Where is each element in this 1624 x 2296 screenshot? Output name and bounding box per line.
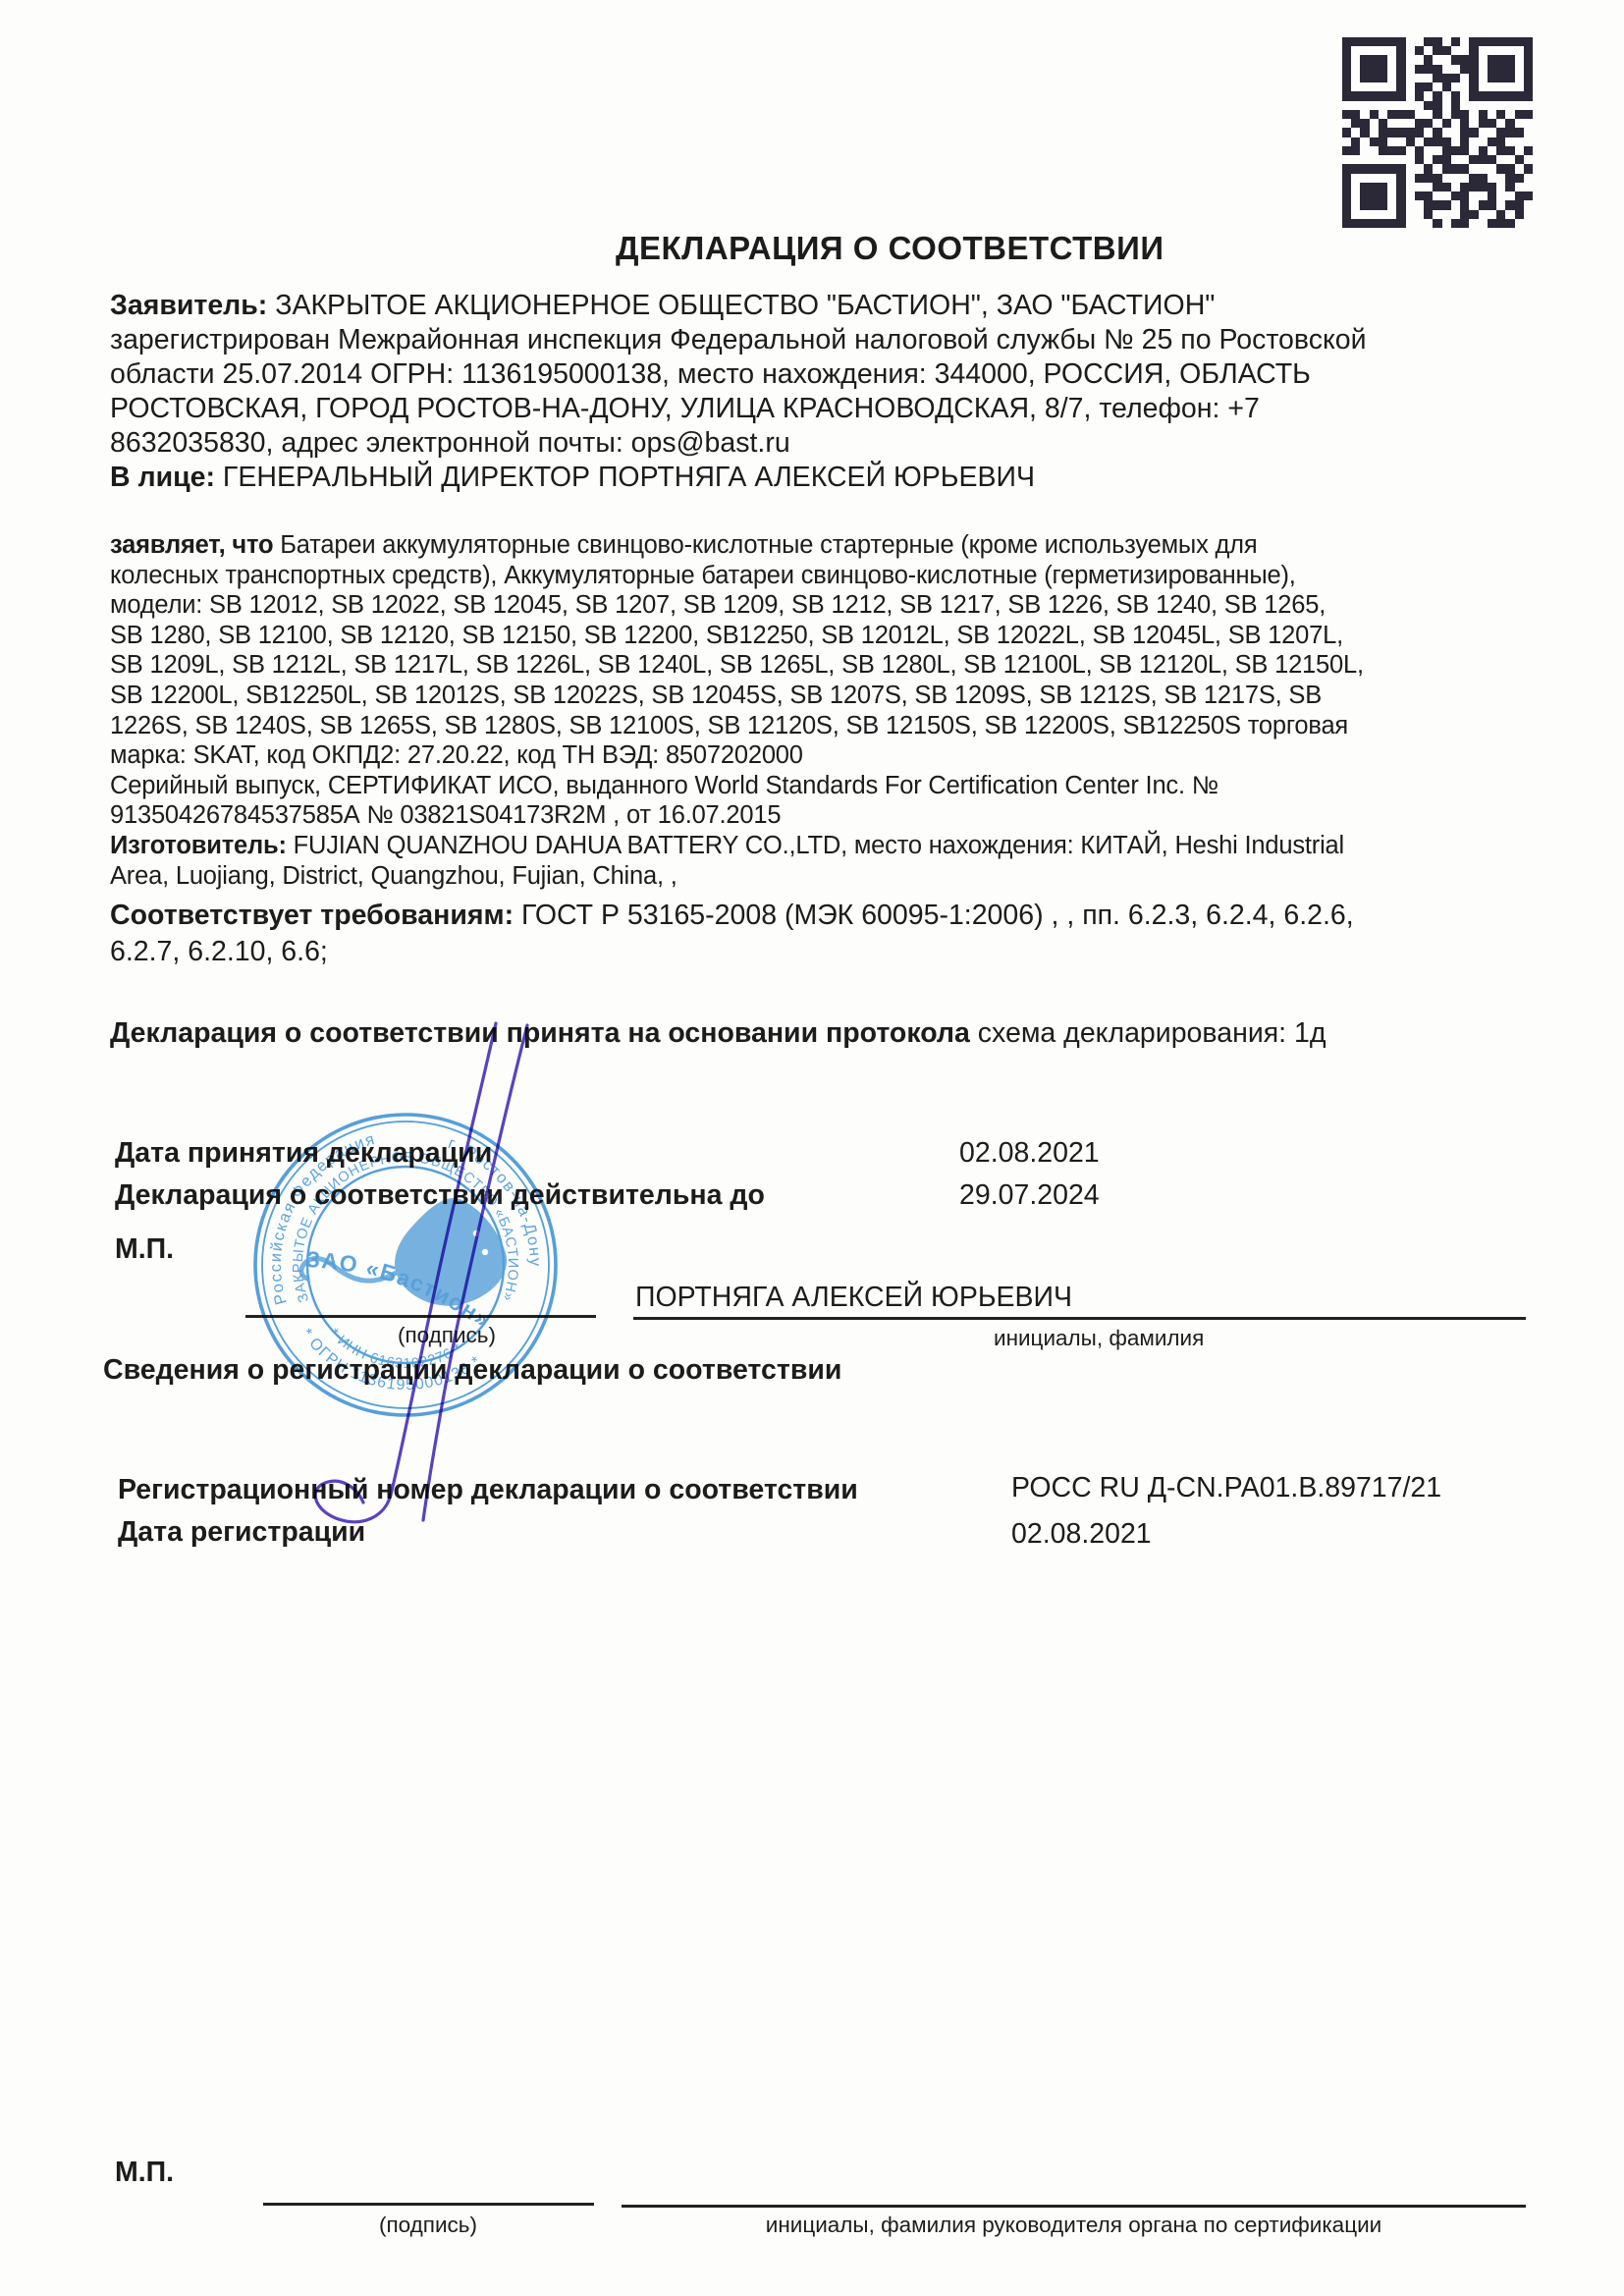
qr-module bbox=[1479, 101, 1488, 110]
qr-module bbox=[1360, 119, 1369, 128]
qr-module bbox=[1479, 200, 1488, 209]
qr-module bbox=[1524, 37, 1533, 46]
qr-module bbox=[1424, 37, 1433, 46]
qr-module bbox=[1396, 155, 1405, 164]
qr-module bbox=[1496, 174, 1505, 183]
qr-module bbox=[1451, 46, 1460, 55]
qr-module bbox=[1460, 74, 1469, 82]
qr-module bbox=[1515, 210, 1524, 219]
qr-module bbox=[1451, 91, 1460, 100]
qr-module bbox=[1370, 101, 1379, 110]
qr-module bbox=[1442, 128, 1451, 137]
qr-module bbox=[1488, 110, 1496, 119]
qr-module bbox=[1424, 65, 1433, 74]
qr-module bbox=[1442, 91, 1451, 100]
qr-module bbox=[1505, 65, 1514, 74]
qr-module bbox=[1469, 110, 1478, 119]
valid-until-value: 29.07.2024 bbox=[959, 1179, 1100, 1212]
text-line: зарегистрирован Межрайонная инспекция Фе… bbox=[110, 323, 1536, 357]
qr-module bbox=[1433, 82, 1441, 91]
qr-module bbox=[1460, 146, 1469, 155]
qr-module bbox=[1451, 174, 1460, 183]
qr-module bbox=[1469, 74, 1478, 82]
qr-module bbox=[1379, 82, 1387, 91]
qr-module bbox=[1460, 210, 1469, 219]
qr-module bbox=[1442, 183, 1451, 191]
qr-module bbox=[1479, 210, 1488, 219]
qr-module bbox=[1433, 174, 1441, 183]
text-line: Соответствует требованиям: ГОСТ Р 53165-… bbox=[110, 898, 1536, 934]
qr-module bbox=[1496, 37, 1505, 46]
qr-module bbox=[1342, 110, 1351, 119]
qr-module bbox=[1370, 155, 1379, 164]
text-line: SB 1209L, SB 1212L, SB 1217L, SB 1226L, … bbox=[110, 650, 1536, 681]
qr-module bbox=[1370, 119, 1379, 128]
qr-module bbox=[1396, 82, 1405, 91]
qr-module bbox=[1379, 55, 1387, 64]
qr-module bbox=[1360, 155, 1369, 164]
qr-module bbox=[1451, 146, 1460, 155]
qr-module bbox=[1479, 37, 1488, 46]
page-title: ДЕКЛАРАЦИЯ О СООТВЕТСТВИИ bbox=[616, 230, 1164, 267]
qr-module bbox=[1379, 91, 1387, 100]
qr-module bbox=[1360, 82, 1369, 91]
qr-module bbox=[1396, 128, 1405, 137]
qr-module bbox=[1387, 65, 1396, 74]
text-line: Изготовитель: FUJIAN QUANZHOU DAHUA BATT… bbox=[110, 831, 1536, 861]
qr-module bbox=[1488, 91, 1496, 100]
qr-module bbox=[1387, 101, 1396, 110]
name-line bbox=[633, 1317, 1526, 1320]
qr-module bbox=[1479, 137, 1488, 146]
qr-module bbox=[1406, 174, 1415, 183]
qr-module bbox=[1451, 191, 1460, 200]
qr-module bbox=[1524, 82, 1533, 91]
qr-module bbox=[1360, 137, 1369, 146]
qr-module bbox=[1496, 46, 1505, 55]
qr-module bbox=[1451, 37, 1460, 46]
qr-module bbox=[1479, 91, 1488, 100]
qr-module bbox=[1524, 200, 1533, 209]
qr-module bbox=[1469, 137, 1478, 146]
qr-module bbox=[1415, 191, 1424, 200]
qr-module bbox=[1396, 91, 1405, 100]
qr-module bbox=[1479, 119, 1488, 128]
qr-module bbox=[1469, 191, 1478, 200]
qr-module bbox=[1424, 137, 1433, 146]
qr-module bbox=[1351, 155, 1360, 164]
qr-module bbox=[1424, 101, 1433, 110]
qr-module bbox=[1360, 101, 1369, 110]
qr-module bbox=[1469, 174, 1478, 183]
text-line: Серийный выпуск, СЕРТИФИКАТ ИСО, выданно… bbox=[110, 771, 1536, 801]
qr-module bbox=[1351, 119, 1360, 128]
qr-module bbox=[1406, 191, 1415, 200]
qr-module bbox=[1396, 46, 1405, 55]
qr-module bbox=[1469, 46, 1478, 55]
qr-module bbox=[1360, 65, 1369, 74]
qr-module bbox=[1515, 119, 1524, 128]
text-line: 6.2.7, 6.2.10, 6.6; bbox=[110, 934, 1536, 970]
qr-module bbox=[1469, 146, 1478, 155]
text-line: Area, Luojiang, District, Quangzhou, Fuj… bbox=[110, 861, 1536, 892]
qr-module bbox=[1370, 37, 1379, 46]
qr-module bbox=[1370, 210, 1379, 219]
qr-module bbox=[1469, 183, 1478, 191]
qr-module bbox=[1342, 155, 1351, 164]
applicant-paragraph: Заявитель: ЗАКРЫТОЕ АКЦИОНЕРНОЕ ОБЩЕСТВО… bbox=[110, 289, 1536, 495]
qr-module bbox=[1351, 37, 1360, 46]
qr-module bbox=[1442, 46, 1451, 55]
qr-module bbox=[1505, 164, 1514, 173]
qr-module bbox=[1460, 200, 1469, 209]
qr-module bbox=[1524, 101, 1533, 110]
qr-module bbox=[1424, 164, 1433, 173]
qr-module bbox=[1415, 155, 1424, 164]
qr-module bbox=[1406, 74, 1415, 82]
qr-module bbox=[1451, 183, 1460, 191]
qr-module bbox=[1415, 210, 1424, 219]
qr-module bbox=[1360, 128, 1369, 137]
qr-module bbox=[1524, 55, 1533, 64]
qr-module bbox=[1488, 82, 1496, 91]
qr-module bbox=[1505, 101, 1514, 110]
qr-module bbox=[1370, 55, 1379, 64]
qr-module bbox=[1379, 74, 1387, 82]
qr-module bbox=[1460, 183, 1469, 191]
qr-module bbox=[1524, 65, 1533, 74]
qr-module bbox=[1342, 174, 1351, 183]
qr-module bbox=[1505, 110, 1514, 119]
qr-module bbox=[1496, 183, 1505, 191]
qr-module bbox=[1424, 174, 1433, 183]
qr-module bbox=[1479, 174, 1488, 183]
qr-module bbox=[1424, 155, 1433, 164]
qr-module bbox=[1424, 210, 1433, 219]
qr-module bbox=[1469, 65, 1478, 74]
qr-module bbox=[1387, 210, 1396, 219]
qr-module bbox=[1524, 210, 1533, 219]
qr-module bbox=[1515, 37, 1524, 46]
qr-module bbox=[1442, 174, 1451, 183]
qr-module bbox=[1342, 137, 1351, 146]
text-line: модели: SB 12012, SB 12022, SB 12045, SB… bbox=[110, 590, 1536, 621]
qr-module bbox=[1370, 164, 1379, 173]
qr-module bbox=[1442, 101, 1451, 110]
qr-module bbox=[1379, 137, 1387, 146]
qr-module bbox=[1442, 74, 1451, 82]
qr-module bbox=[1387, 219, 1396, 228]
qr-module bbox=[1469, 200, 1478, 209]
qr-module bbox=[1370, 146, 1379, 155]
qr-module bbox=[1442, 146, 1451, 155]
qr-module bbox=[1505, 191, 1514, 200]
qr-module bbox=[1460, 137, 1469, 146]
qr-module bbox=[1351, 219, 1360, 228]
qr-module bbox=[1360, 110, 1369, 119]
qr-module bbox=[1396, 164, 1405, 173]
qr-module bbox=[1488, 210, 1496, 219]
qr-module bbox=[1406, 82, 1415, 91]
qr-module bbox=[1433, 219, 1441, 228]
qr-module bbox=[1370, 128, 1379, 137]
qr-module bbox=[1424, 128, 1433, 137]
text-line: Заявитель: ЗАКРЫТОЕ АКЦИОНЕРНОЕ ОБЩЕСТВО… bbox=[110, 289, 1536, 323]
qr-module bbox=[1351, 183, 1360, 191]
qr-module bbox=[1396, 200, 1405, 209]
footer-signature-line bbox=[263, 2203, 594, 2206]
qr-module bbox=[1433, 46, 1441, 55]
qr-module bbox=[1433, 110, 1441, 119]
qr-module bbox=[1451, 82, 1460, 91]
qr-module bbox=[1524, 183, 1533, 191]
qr-module bbox=[1415, 74, 1424, 82]
qr-module bbox=[1387, 155, 1396, 164]
qr-module bbox=[1406, 65, 1415, 74]
signer-name: ПОРТНЯГА АЛЕКСЕЙ ЮРЬЕВИЧ bbox=[635, 1282, 1072, 1314]
qr-module bbox=[1496, 137, 1505, 146]
qr-module bbox=[1406, 55, 1415, 64]
qr-module bbox=[1406, 128, 1415, 137]
qr-module bbox=[1396, 55, 1405, 64]
qr-module bbox=[1379, 174, 1387, 183]
text-line: 91350426784537585А № 03821S04173R2M , от… bbox=[110, 800, 1536, 831]
qr-code bbox=[1342, 37, 1533, 228]
qr-module bbox=[1488, 200, 1496, 209]
qr-module bbox=[1387, 91, 1396, 100]
qr-module bbox=[1379, 146, 1387, 155]
qr-module bbox=[1479, 82, 1488, 91]
text-line: 8632035830, адрес электронной почты: ops… bbox=[110, 426, 1536, 461]
qr-module bbox=[1360, 164, 1369, 173]
qr-module bbox=[1342, 74, 1351, 82]
qr-module bbox=[1342, 164, 1351, 173]
qr-module bbox=[1442, 200, 1451, 209]
qr-module bbox=[1433, 74, 1441, 82]
qr-module bbox=[1524, 46, 1533, 55]
qr-module bbox=[1460, 55, 1469, 64]
qr-module bbox=[1496, 210, 1505, 219]
qr-module bbox=[1479, 164, 1488, 173]
qr-module bbox=[1351, 65, 1360, 74]
qr-module bbox=[1515, 65, 1524, 74]
qr-module bbox=[1379, 183, 1387, 191]
qr-module bbox=[1406, 219, 1415, 228]
qr-module bbox=[1433, 119, 1441, 128]
qr-module bbox=[1442, 137, 1451, 146]
qr-module bbox=[1406, 37, 1415, 46]
qr-module bbox=[1460, 128, 1469, 137]
qr-module bbox=[1488, 46, 1496, 55]
registration-date-value: 02.08.2021 bbox=[1011, 1518, 1152, 1551]
text-line: марка: SKAT, код ОКПД2: 27.20.22, код ТН… bbox=[110, 740, 1536, 771]
qr-module bbox=[1396, 65, 1405, 74]
qr-module bbox=[1342, 128, 1351, 137]
qr-module bbox=[1479, 55, 1488, 64]
registration-number-value: РОСС RU Д-CN.РА01.В.89717/21 bbox=[1011, 1472, 1441, 1504]
qr-module bbox=[1442, 37, 1451, 46]
qr-module bbox=[1469, 101, 1478, 110]
qr-module bbox=[1406, 46, 1415, 55]
qr-module bbox=[1505, 183, 1514, 191]
qr-module bbox=[1379, 210, 1387, 219]
qr-module bbox=[1488, 155, 1496, 164]
qr-module bbox=[1433, 65, 1441, 74]
qr-module bbox=[1524, 164, 1533, 173]
qr-module bbox=[1360, 174, 1369, 183]
qr-module bbox=[1488, 137, 1496, 146]
qr-module bbox=[1496, 65, 1505, 74]
qr-module bbox=[1505, 37, 1514, 46]
text-line: SB 12200L, SB12250L, SB 12012S, SB 12022… bbox=[110, 681, 1536, 711]
qr-module bbox=[1442, 82, 1451, 91]
acceptance-date-value: 02.08.2021 bbox=[959, 1137, 1100, 1170]
qr-module bbox=[1505, 146, 1514, 155]
qr-module bbox=[1505, 155, 1514, 164]
qr-module bbox=[1442, 65, 1451, 74]
qr-module bbox=[1524, 91, 1533, 100]
qr-module bbox=[1460, 174, 1469, 183]
qr-module bbox=[1433, 101, 1441, 110]
qr-module bbox=[1360, 146, 1369, 155]
qr-module bbox=[1496, 110, 1505, 119]
qr-module bbox=[1387, 55, 1396, 64]
qr-module bbox=[1370, 174, 1379, 183]
qr-module bbox=[1515, 183, 1524, 191]
qr-module bbox=[1515, 137, 1524, 146]
qr-module bbox=[1415, 110, 1424, 119]
qr-module bbox=[1424, 74, 1433, 82]
qr-module bbox=[1524, 128, 1533, 137]
qr-module bbox=[1360, 37, 1369, 46]
qr-module bbox=[1451, 137, 1460, 146]
text-line: Декларация о соответствии принята на осн… bbox=[110, 1015, 1536, 1052]
qr-module bbox=[1379, 191, 1387, 200]
qr-module bbox=[1515, 128, 1524, 137]
text-line: заявляет, что Батареи аккумуляторные сви… bbox=[110, 530, 1536, 561]
qr-module bbox=[1442, 155, 1451, 164]
qr-module bbox=[1379, 200, 1387, 209]
qr-module bbox=[1460, 119, 1469, 128]
qr-module bbox=[1379, 219, 1387, 228]
qr-module bbox=[1524, 219, 1533, 228]
qr-module bbox=[1451, 110, 1460, 119]
qr-module bbox=[1479, 155, 1488, 164]
qr-module bbox=[1387, 37, 1396, 46]
qr-module bbox=[1406, 200, 1415, 209]
qr-module bbox=[1360, 200, 1369, 209]
qr-module bbox=[1505, 210, 1514, 219]
qr-module bbox=[1424, 119, 1433, 128]
qr-module bbox=[1379, 119, 1387, 128]
qr-module bbox=[1387, 137, 1396, 146]
qr-module bbox=[1396, 74, 1405, 82]
qr-module bbox=[1515, 146, 1524, 155]
qr-module bbox=[1460, 101, 1469, 110]
qr-module bbox=[1433, 210, 1441, 219]
qr-module bbox=[1424, 191, 1433, 200]
qr-module bbox=[1469, 210, 1478, 219]
text-line: SB 1280, SB 12100, SB 12120, SB 12150, S… bbox=[110, 621, 1536, 651]
qr-module bbox=[1488, 37, 1496, 46]
qr-module bbox=[1433, 200, 1441, 209]
qr-module bbox=[1488, 101, 1496, 110]
qr-module bbox=[1524, 119, 1533, 128]
qr-module bbox=[1442, 119, 1451, 128]
qr-module bbox=[1360, 219, 1369, 228]
qr-module bbox=[1351, 164, 1360, 173]
qr-module bbox=[1515, 219, 1524, 228]
qr-module bbox=[1351, 128, 1360, 137]
qr-module bbox=[1496, 219, 1505, 228]
qr-module bbox=[1370, 191, 1379, 200]
qr-module bbox=[1387, 74, 1396, 82]
qr-module bbox=[1351, 110, 1360, 119]
text-line: В лице: ГЕНЕРАЛЬНЫЙ ДИРЕКТОР ПОРТНЯГА АЛ… bbox=[110, 461, 1536, 495]
text-line: 1226S, SB 1240S, SB 1265S, SB 1280S, SB … bbox=[110, 711, 1536, 741]
qr-module bbox=[1342, 65, 1351, 74]
qr-module bbox=[1433, 183, 1441, 191]
qr-module bbox=[1451, 74, 1460, 82]
qr-module bbox=[1351, 82, 1360, 91]
qr-module bbox=[1496, 128, 1505, 137]
qr-module bbox=[1351, 46, 1360, 55]
qr-module bbox=[1396, 146, 1405, 155]
qr-module bbox=[1387, 146, 1396, 155]
footer-initials-caption: инициалы, фамилия руководителя органа по… bbox=[622, 2213, 1526, 2238]
qr-module bbox=[1524, 110, 1533, 119]
qr-module bbox=[1488, 55, 1496, 64]
qr-module bbox=[1406, 137, 1415, 146]
qr-module bbox=[1370, 74, 1379, 82]
qr-module bbox=[1515, 101, 1524, 110]
qr-module bbox=[1342, 82, 1351, 91]
qr-module bbox=[1451, 128, 1460, 137]
qr-module bbox=[1469, 91, 1478, 100]
qr-module bbox=[1396, 210, 1405, 219]
qr-module bbox=[1496, 91, 1505, 100]
qr-module bbox=[1360, 91, 1369, 100]
qr-module bbox=[1515, 155, 1524, 164]
qr-module bbox=[1396, 37, 1405, 46]
qr-module bbox=[1505, 119, 1514, 128]
qr-module bbox=[1524, 146, 1533, 155]
company-stamp: Российская Федерация г. Ростов-на-Дону *… bbox=[248, 1108, 565, 1424]
qr-module bbox=[1351, 146, 1360, 155]
requirements-paragraph: Соответствует требованиям: ГОСТ Р 53165-… bbox=[110, 898, 1536, 970]
qr-module bbox=[1370, 91, 1379, 100]
qr-module bbox=[1396, 219, 1405, 228]
qr-module bbox=[1342, 200, 1351, 209]
qr-module bbox=[1460, 219, 1469, 228]
qr-module bbox=[1479, 219, 1488, 228]
qr-module bbox=[1460, 91, 1469, 100]
qr-module bbox=[1460, 191, 1469, 200]
qr-module bbox=[1433, 128, 1441, 137]
qr-module bbox=[1515, 46, 1524, 55]
qr-module bbox=[1379, 101, 1387, 110]
qr-module bbox=[1460, 37, 1469, 46]
product-declaration-paragraph: заявляет, что Батареи аккумуляторные сви… bbox=[110, 530, 1536, 891]
qr-module bbox=[1433, 91, 1441, 100]
qr-module bbox=[1488, 191, 1496, 200]
qr-module bbox=[1451, 219, 1460, 228]
qr-module bbox=[1351, 200, 1360, 209]
qr-module bbox=[1496, 200, 1505, 209]
qr-module bbox=[1351, 101, 1360, 110]
qr-module bbox=[1351, 191, 1360, 200]
qr-module bbox=[1379, 164, 1387, 173]
